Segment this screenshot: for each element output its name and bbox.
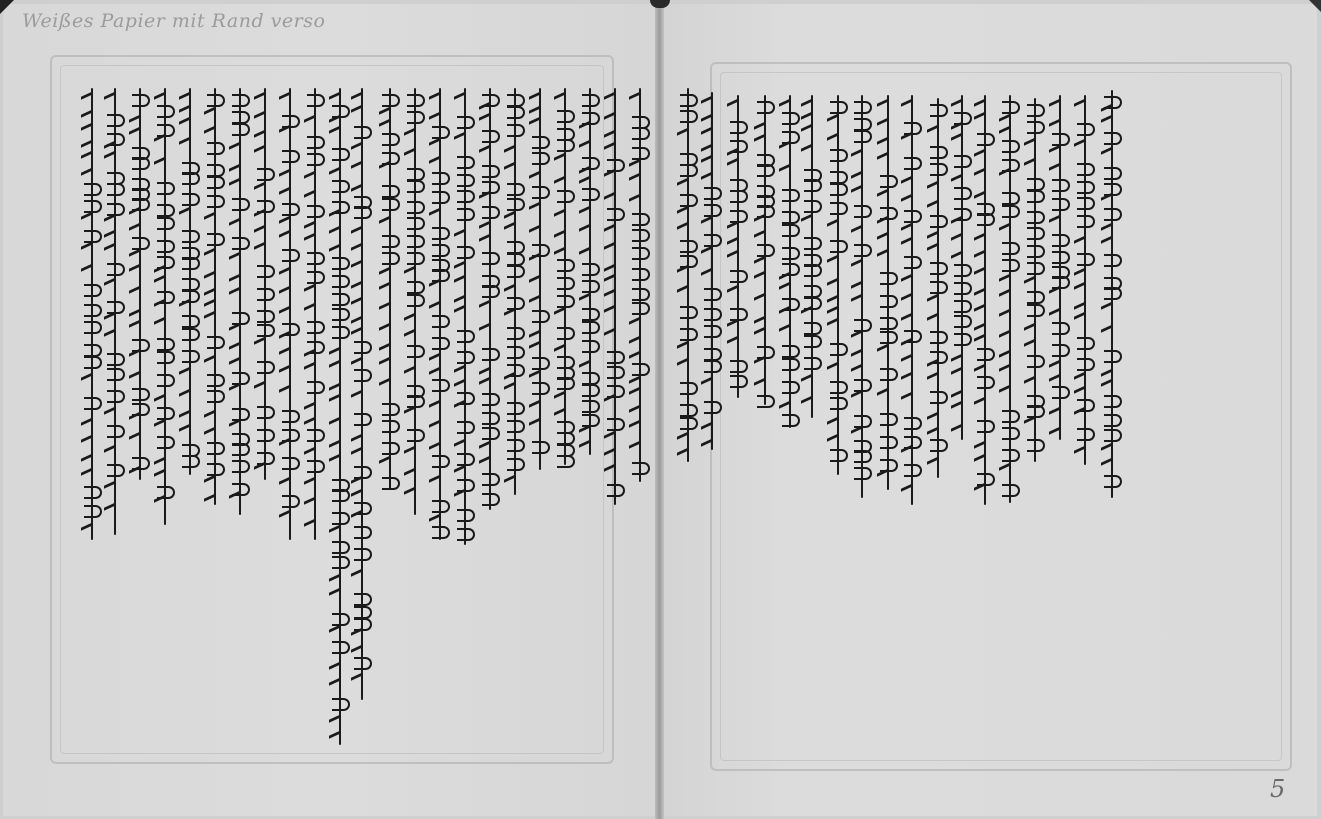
ink-stroke [332, 541, 350, 554]
ink-stroke [582, 188, 600, 201]
ink-stroke [132, 157, 150, 170]
ink-stroke [257, 288, 275, 301]
ink-stroke [557, 190, 575, 203]
ink-stroke [407, 111, 425, 124]
ink-stroke [1002, 140, 1020, 153]
ink-stroke [482, 427, 500, 440]
ink-stroke [582, 384, 600, 397]
ink-stroke [1002, 259, 1020, 272]
ink-stroke [457, 330, 475, 343]
ink-stroke [457, 351, 475, 364]
ink-stroke [84, 321, 102, 334]
ink-stroke [1027, 262, 1045, 275]
ink-stroke [307, 321, 325, 334]
ink-stroke [614, 88, 616, 505]
ink-stroke [84, 284, 102, 297]
ink-stroke [282, 203, 300, 216]
ink-stroke [432, 526, 450, 539]
ink-stroke [880, 368, 898, 381]
script-column [207, 88, 223, 505]
ink-stroke [157, 351, 175, 364]
ink-stroke [432, 337, 450, 350]
script-column [830, 95, 846, 475]
ink-stroke [1052, 179, 1070, 192]
ink-stroke [704, 204, 722, 217]
ink-stroke [1002, 410, 1020, 423]
ink-stroke [457, 174, 475, 187]
ink-stroke [854, 319, 872, 332]
ink-stroke [1027, 190, 1045, 203]
ink-stroke [207, 176, 225, 189]
ink-stroke [582, 340, 600, 353]
ink-stroke [332, 698, 350, 711]
ink-stroke [1104, 287, 1122, 300]
script-column [407, 88, 423, 515]
ink-stroke [457, 453, 475, 466]
ink-stroke [1027, 211, 1045, 224]
ink-stroke [632, 462, 650, 475]
script-column [607, 88, 623, 505]
ink-stroke [232, 123, 250, 136]
script-column [557, 88, 573, 465]
ink-stroke [1052, 198, 1070, 211]
ink-stroke [830, 397, 848, 410]
script-column [532, 88, 548, 470]
ink-stroke [207, 233, 225, 246]
ink-stroke [432, 455, 450, 468]
ink-stroke [482, 493, 500, 506]
ink-stroke [482, 285, 500, 298]
ink-stroke [557, 295, 575, 308]
ink-stroke [607, 208, 625, 221]
ink-stroke [457, 509, 475, 522]
script-column [704, 92, 720, 450]
ink-stroke [432, 172, 450, 185]
ink-stroke [407, 294, 425, 307]
ink-stroke [804, 322, 822, 335]
ink-stroke [232, 372, 250, 385]
ink-stroke [1002, 242, 1020, 255]
ink-stroke [1104, 429, 1122, 442]
ink-stroke [854, 379, 872, 392]
ink-stroke [457, 246, 475, 259]
ink-stroke [830, 149, 848, 162]
script-column [1002, 95, 1018, 503]
ink-stroke [557, 455, 575, 468]
ink-stroke [157, 105, 175, 118]
ink-stroke [680, 404, 698, 417]
ink-stroke [782, 247, 800, 260]
ink-stroke [704, 308, 722, 321]
ink-stroke [332, 326, 350, 339]
ink-stroke [107, 353, 125, 366]
script-column [804, 95, 820, 418]
ink-stroke [257, 324, 275, 337]
ink-stroke [307, 460, 325, 473]
ink-stroke [582, 308, 600, 321]
ink-stroke [977, 348, 995, 361]
ink-stroke [207, 336, 225, 349]
ink-stroke [482, 393, 500, 406]
ink-stroke [157, 217, 175, 230]
script-column [1052, 95, 1068, 440]
ink-stroke [1077, 337, 1095, 350]
ink-stroke [782, 211, 800, 224]
ink-stroke [880, 175, 898, 188]
ink-stroke [107, 263, 125, 276]
ink-stroke [782, 381, 800, 394]
ink-stroke [930, 281, 948, 294]
ink-stroke [854, 450, 872, 463]
ink-stroke [182, 257, 200, 270]
ink-stroke [332, 308, 350, 321]
ink-stroke [704, 288, 722, 301]
ink-stroke [977, 420, 995, 433]
ink-stroke [930, 439, 948, 452]
ink-stroke [730, 375, 748, 388]
ink-stroke [930, 215, 948, 228]
ink-stroke [507, 420, 525, 433]
ink-stroke [680, 94, 698, 107]
corner-shadow [0, 0, 14, 14]
ink-stroke [854, 415, 872, 428]
ink-stroke [307, 153, 325, 166]
ink-stroke [757, 164, 775, 177]
ink-stroke [1002, 449, 1020, 462]
ink-stroke [1104, 132, 1122, 145]
ink-stroke [107, 203, 125, 216]
ink-stroke [804, 237, 822, 250]
ink-stroke [382, 235, 400, 248]
ink-stroke [407, 217, 425, 230]
ink-stroke [680, 240, 698, 253]
ink-stroke [207, 463, 225, 476]
ink-stroke [1002, 101, 1020, 114]
ink-stroke [582, 94, 600, 107]
ink-stroke [782, 358, 800, 371]
ink-stroke [557, 377, 575, 390]
ink-stroke [557, 327, 575, 340]
ink-stroke [332, 180, 350, 193]
ink-stroke [157, 374, 175, 387]
ink-stroke [282, 495, 300, 508]
ink-stroke [1052, 251, 1070, 264]
ink-stroke [532, 186, 550, 199]
ink-stroke [232, 443, 250, 456]
ink-stroke [207, 390, 225, 403]
ink-stroke [107, 114, 125, 127]
ink-stroke [482, 348, 500, 361]
ink-stroke [1104, 208, 1122, 221]
ink-stroke [557, 110, 575, 123]
ink-stroke [514, 88, 516, 495]
ink-stroke [954, 155, 972, 168]
ink-stroke [507, 265, 525, 278]
ink-stroke [107, 464, 125, 477]
ink-stroke [182, 172, 200, 185]
ink-stroke [407, 345, 425, 358]
ink-stroke [332, 148, 350, 161]
ink-stroke [582, 263, 600, 276]
ink-stroke [830, 449, 848, 462]
script-column [307, 88, 323, 540]
ink-stroke [457, 116, 475, 129]
ink-stroke [457, 528, 475, 541]
ink-stroke [1002, 427, 1020, 440]
ink-stroke [107, 368, 125, 381]
ink-stroke [1027, 291, 1045, 304]
ink-stroke [507, 183, 525, 196]
ink-stroke [730, 360, 748, 373]
ink-stroke [507, 106, 525, 119]
ink-stroke [582, 400, 600, 413]
ink-stroke [782, 345, 800, 358]
ink-stroke [930, 262, 948, 275]
ink-stroke [84, 356, 102, 369]
ink-stroke [307, 381, 325, 394]
ink-stroke [84, 397, 102, 410]
ink-stroke [854, 244, 872, 257]
ink-stroke [680, 328, 698, 341]
ink-stroke [804, 264, 822, 277]
ink-stroke [632, 302, 650, 315]
ink-stroke [880, 413, 898, 426]
script-column [1027, 98, 1043, 462]
ink-stroke [84, 505, 102, 518]
ink-stroke [157, 182, 175, 195]
script-column [132, 88, 148, 480]
ink-stroke [282, 249, 300, 262]
ink-stroke [1027, 439, 1045, 452]
ink-stroke [880, 436, 898, 449]
ink-stroke [482, 252, 500, 265]
ink-stroke [904, 464, 922, 477]
ink-stroke [680, 306, 698, 319]
ink-stroke [432, 244, 450, 257]
ink-stroke [730, 210, 748, 223]
ink-stroke [232, 312, 250, 325]
ink-stroke [954, 282, 972, 295]
corner-shadow [1309, 0, 1321, 12]
ink-stroke [332, 293, 350, 306]
ink-stroke [880, 317, 898, 330]
ink-stroke [632, 127, 650, 140]
ink-stroke [1052, 133, 1070, 146]
ink-stroke [207, 195, 225, 208]
script-column [282, 88, 298, 540]
script-column [84, 88, 100, 540]
ink-stroke [1002, 484, 1020, 497]
ink-stroke [930, 146, 948, 159]
ink-stroke [432, 500, 450, 513]
ink-stroke [232, 408, 250, 421]
ink-stroke [730, 190, 748, 203]
ink-stroke [507, 458, 525, 471]
ink-stroke [282, 150, 300, 163]
ink-stroke [282, 410, 300, 423]
script-column [730, 95, 746, 398]
ink-stroke [904, 417, 922, 430]
ink-stroke [507, 198, 525, 211]
ink-stroke [680, 164, 698, 177]
ink-stroke [407, 395, 425, 408]
ink-stroke [532, 152, 550, 165]
ink-stroke [830, 343, 848, 356]
ink-stroke [830, 202, 848, 215]
ink-stroke [84, 200, 102, 213]
ink-stroke [382, 252, 400, 265]
ink-stroke [1002, 192, 1020, 205]
ink-stroke [354, 369, 372, 382]
ink-stroke [257, 429, 275, 442]
script-column [257, 88, 273, 480]
ink-stroke [407, 281, 425, 294]
ink-stroke [157, 436, 175, 449]
ink-stroke [607, 351, 625, 364]
ink-stroke [382, 442, 400, 455]
ink-stroke [354, 206, 372, 219]
ink-stroke [157, 240, 175, 253]
ink-stroke [582, 280, 600, 293]
ink-stroke [407, 429, 425, 442]
ink-stroke [680, 382, 698, 395]
ink-stroke [107, 183, 125, 196]
ink-stroke [157, 204, 175, 217]
script-column [332, 88, 348, 745]
ink-stroke [132, 94, 150, 107]
ink-stroke [157, 338, 175, 351]
ink-stroke [482, 473, 500, 486]
ink-stroke [1027, 245, 1045, 258]
ink-stroke [1027, 304, 1045, 317]
script-column [582, 88, 598, 455]
ink-stroke [730, 121, 748, 134]
ink-stroke [332, 556, 350, 569]
ink-stroke [1104, 254, 1122, 267]
ink-stroke [482, 165, 500, 178]
ink-stroke [207, 374, 225, 387]
ink-stroke [557, 139, 575, 152]
ink-stroke [904, 256, 922, 269]
ink-stroke [930, 104, 948, 117]
script-column [904, 95, 920, 505]
book-gutter [655, 0, 664, 819]
ink-stroke [482, 130, 500, 143]
ink-stroke [1104, 475, 1122, 488]
ink-stroke [1052, 322, 1070, 335]
ink-stroke [782, 189, 800, 202]
ink-stroke [532, 310, 550, 323]
page-number: 5 [1270, 775, 1285, 803]
ink-stroke [232, 237, 250, 250]
ink-stroke [1027, 405, 1045, 418]
ink-stroke [407, 252, 425, 265]
ink-stroke [880, 331, 898, 344]
ink-stroke [557, 259, 575, 272]
ink-stroke [680, 194, 698, 207]
script-column [232, 88, 248, 515]
ink-stroke [407, 94, 425, 107]
ink-stroke [680, 417, 698, 430]
ink-stroke [354, 341, 372, 354]
ink-stroke [457, 190, 475, 203]
ink-stroke [482, 412, 500, 425]
ink-stroke [507, 124, 525, 137]
ink-stroke [507, 439, 525, 452]
ink-stroke [332, 489, 350, 502]
ink-stroke [830, 381, 848, 394]
ink-stroke [307, 271, 325, 284]
ink-stroke [830, 101, 848, 114]
ink-stroke [1104, 395, 1122, 408]
ink-stroke [182, 230, 200, 243]
ink-stroke [930, 391, 948, 404]
ink-stroke [830, 183, 848, 196]
ink-stroke [904, 157, 922, 170]
script-column [457, 88, 473, 545]
ink-stroke [632, 288, 650, 301]
ink-stroke [532, 136, 550, 149]
ink-stroke [632, 229, 650, 242]
ink-stroke [1104, 167, 1122, 180]
manuscript-spread: Weißes Papier mit Rand verso 5 [0, 0, 1321, 819]
ink-stroke [880, 272, 898, 285]
script-column [482, 88, 498, 510]
ink-stroke [382, 198, 400, 211]
script-column [382, 88, 398, 490]
ink-stroke [307, 205, 325, 218]
ink-stroke [132, 388, 150, 401]
ink-stroke [1002, 205, 1020, 218]
ink-stroke [632, 247, 650, 260]
ink-stroke [182, 328, 200, 341]
script-column [507, 88, 523, 495]
ink-stroke [854, 101, 872, 114]
ink-stroke [382, 94, 400, 107]
ink-stroke [382, 477, 400, 490]
ink-stroke [232, 198, 250, 211]
ink-stroke [757, 101, 775, 114]
ink-stroke [1104, 350, 1122, 363]
ink-stroke [1027, 355, 1045, 368]
ink-stroke [507, 297, 525, 310]
ink-stroke [457, 208, 475, 221]
ink-stroke [332, 257, 350, 270]
ink-stroke [804, 179, 822, 192]
ink-stroke [1077, 163, 1095, 176]
ink-stroke [704, 325, 722, 338]
ink-stroke [704, 234, 722, 247]
ink-stroke [977, 213, 995, 226]
ink-stroke [84, 486, 102, 499]
ink-stroke [854, 205, 872, 218]
ink-stroke [730, 308, 748, 321]
script-column [854, 95, 870, 498]
ink-stroke [257, 168, 275, 181]
ink-stroke [532, 357, 550, 370]
ink-stroke [307, 252, 325, 265]
ink-stroke [704, 187, 722, 200]
ink-stroke [582, 321, 600, 334]
ink-stroke [307, 94, 325, 107]
ink-stroke [507, 327, 525, 340]
ink-stroke [1027, 104, 1045, 117]
ink-stroke [782, 224, 800, 237]
ink-stroke [1052, 386, 1070, 399]
ink-stroke [182, 455, 200, 468]
ink-stroke [954, 187, 972, 200]
ink-stroke [207, 142, 225, 155]
